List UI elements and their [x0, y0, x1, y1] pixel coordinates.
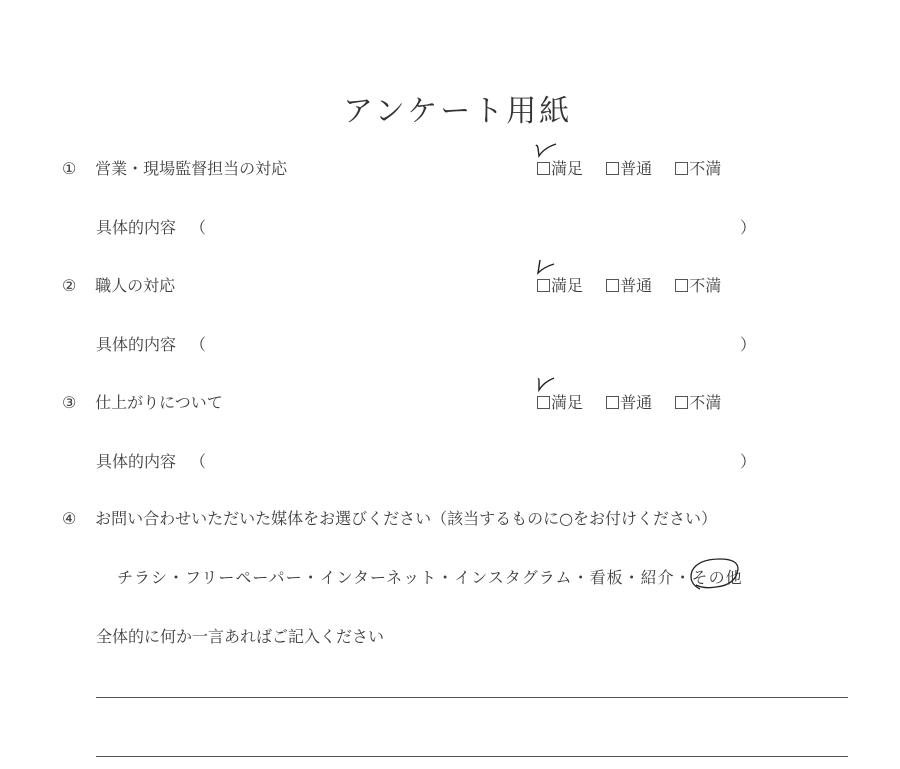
checkbox-satisfied[interactable]	[537, 279, 550, 292]
media-option-referral[interactable]: 紹介	[641, 568, 675, 587]
option-neutral[interactable]: 普通	[606, 156, 652, 179]
detail-row-2: 具体的内容（	[96, 332, 206, 355]
option-satisfied[interactable]: 満足	[537, 156, 583, 179]
question-number: ③	[62, 393, 90, 412]
checkbox-satisfied[interactable]	[537, 162, 550, 175]
detail-close-paren-2: ）	[740, 332, 756, 355]
rating-options-3: 満足 普通 不満	[537, 390, 739, 413]
checkbox-dissatisfied[interactable]	[675, 279, 688, 292]
question-2: ② 職人の対応	[62, 273, 175, 296]
media-option-flyer[interactable]: チラシ	[117, 568, 168, 587]
rating-options-2: 満足 普通 不満	[537, 273, 739, 296]
media-options: チラシ・フリーペーパー・インターネット・インスタグラム・看板・紹介・その他	[117, 565, 743, 588]
comment-line-1[interactable]	[96, 697, 848, 698]
media-option-signboard[interactable]: 看板	[590, 568, 624, 587]
media-option-other[interactable]: その他	[692, 565, 743, 588]
option-dissatisfied[interactable]: 不満	[675, 273, 721, 296]
checkbox-dissatisfied[interactable]	[675, 396, 688, 409]
media-option-internet[interactable]: インターネット	[320, 568, 438, 587]
question-number: ②	[62, 276, 90, 295]
option-satisfied[interactable]: 満足	[537, 390, 583, 413]
question-3: ③ 仕上がりについて	[62, 390, 223, 413]
comment-label: 全体的に何か一言あればご記入ください	[96, 624, 384, 647]
detail-input-2[interactable]	[225, 329, 735, 353]
page-title: アンケート用紙	[343, 86, 572, 130]
comment-line-2[interactable]	[96, 756, 848, 757]
rating-options-1: 満足 普通 不満	[537, 156, 739, 179]
option-neutral[interactable]: 普通	[606, 273, 652, 296]
checkbox-neutral[interactable]	[606, 279, 619, 292]
option-dissatisfied[interactable]: 不満	[675, 390, 721, 413]
detail-input-3[interactable]	[225, 446, 735, 470]
detail-close-paren-1: ）	[740, 215, 756, 238]
media-option-instagram[interactable]: インスタグラム	[454, 568, 572, 587]
question-label: お問い合わせいただいた媒体をお選びください（該当するものに○をお付けください）	[95, 509, 717, 528]
checkbox-neutral[interactable]	[606, 162, 619, 175]
question-number: ①	[62, 159, 90, 178]
checkbox-dissatisfied[interactable]	[675, 162, 688, 175]
option-satisfied[interactable]: 満足	[537, 273, 583, 296]
question-label: 営業・現場監督担当の対応	[95, 159, 287, 178]
question-label: 職人の対応	[95, 276, 175, 295]
media-option-free-paper[interactable]: フリーペーパー	[185, 568, 303, 587]
detail-input-1[interactable]	[225, 212, 735, 236]
option-neutral[interactable]: 普通	[606, 390, 652, 413]
question-number: ④	[62, 509, 90, 528]
detail-row-1: 具体的内容（	[96, 215, 206, 238]
detail-row-3: 具体的内容（	[96, 449, 206, 472]
question-4: ④ お問い合わせいただいた媒体をお選びください（該当するものに○をお付けください…	[62, 506, 717, 529]
checkbox-satisfied[interactable]	[537, 396, 550, 409]
detail-close-paren-3: ）	[740, 449, 756, 472]
checkbox-neutral[interactable]	[606, 396, 619, 409]
option-dissatisfied[interactable]: 不満	[675, 156, 721, 179]
question-1: ① 営業・現場監督担当の対応	[62, 156, 287, 179]
question-label: 仕上がりについて	[95, 393, 223, 412]
